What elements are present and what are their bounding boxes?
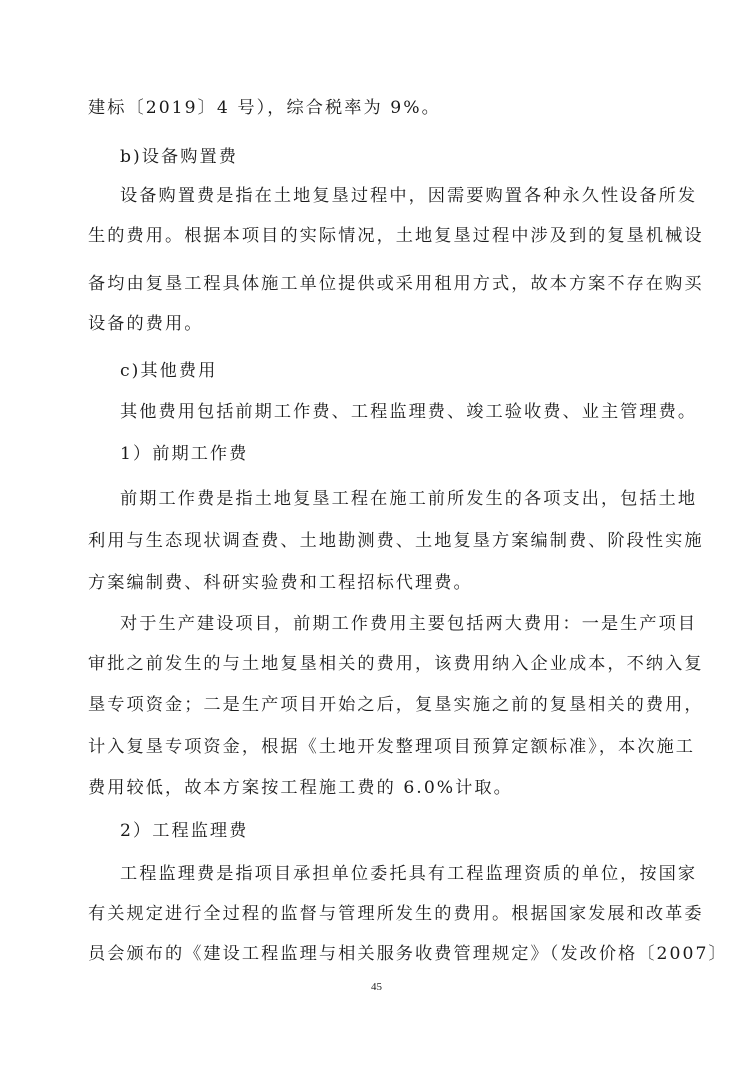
paragraph-line: 审批之前发生的与土地复垦相关的费用，该费用纳入企业成本，不纳入复 xyxy=(88,653,668,675)
paragraph-line: 建标〔2019〕4 号），综合税率为 9%。 xyxy=(88,97,668,119)
document-page: 建标〔2019〕4 号），综合税率为 9%。 b)设备购置费 设备购置费是指在土… xyxy=(0,0,753,1066)
paragraph-line: 利用与生态现状调查费、土地勘测费、土地复垦方案编制费、阶段性实施 xyxy=(88,530,668,552)
paragraph-line: 对于生产建设项目，前期工作费用主要包括两大费用：一是生产项目 xyxy=(120,613,668,635)
section-heading-b: b)设备购置费 xyxy=(120,146,668,168)
paragraph-line: 员会颁布的《建设工程监理与相关服务收费管理规定》（发改价格〔2007〕 xyxy=(88,943,668,965)
paragraph-line: 方案编制费、科研实验费和工程招标代理费。 xyxy=(88,572,668,594)
paragraph-line: 备均由复垦工程具体施工单位提供或采用租用方式，故本方案不存在购买 xyxy=(88,273,668,295)
paragraph-line: 其他费用包括前期工作费、工程监理费、竣工验收费、业主管理费。 xyxy=(120,401,668,423)
paragraph-line: 费用较低，故本方案按工程施工费的 6.0%计取。 xyxy=(88,777,668,799)
paragraph-line: 前期工作费是指土地复垦工程在施工前所发生的各项支出，包括土地 xyxy=(120,488,668,510)
paragraph-line: 有关规定进行全过程的监督与管理所发生的费用。根据国家发展和改革委 xyxy=(88,903,668,925)
paragraph-line: 设备购置费是指在土地复垦过程中，因需要购置各种永久性设备所发 xyxy=(120,185,668,207)
page-number: 45 xyxy=(0,981,753,993)
paragraph-line: 工程监理费是指项目承担单位委托具有工程监理资质的单位，按国家 xyxy=(120,863,668,885)
paragraph-line: 垦专项资金；二是生产项目开始之后，复垦实施之前的复垦相关的费用， xyxy=(88,694,668,716)
subsection-heading-2: 2）工程监理费 xyxy=(120,820,668,842)
paragraph-line: 设备的费用。 xyxy=(88,313,668,335)
paragraph-line: 生的费用。根据本项目的实际情况，土地复垦过程中涉及到的复垦机械设 xyxy=(88,225,668,247)
section-heading-c: c)其他费用 xyxy=(120,360,668,382)
subsection-heading-1: 1）前期工作费 xyxy=(120,443,668,465)
paragraph-line: 计入复垦专项资金，根据《土地开发整理项目预算定额标准》，本次施工 xyxy=(88,736,668,758)
